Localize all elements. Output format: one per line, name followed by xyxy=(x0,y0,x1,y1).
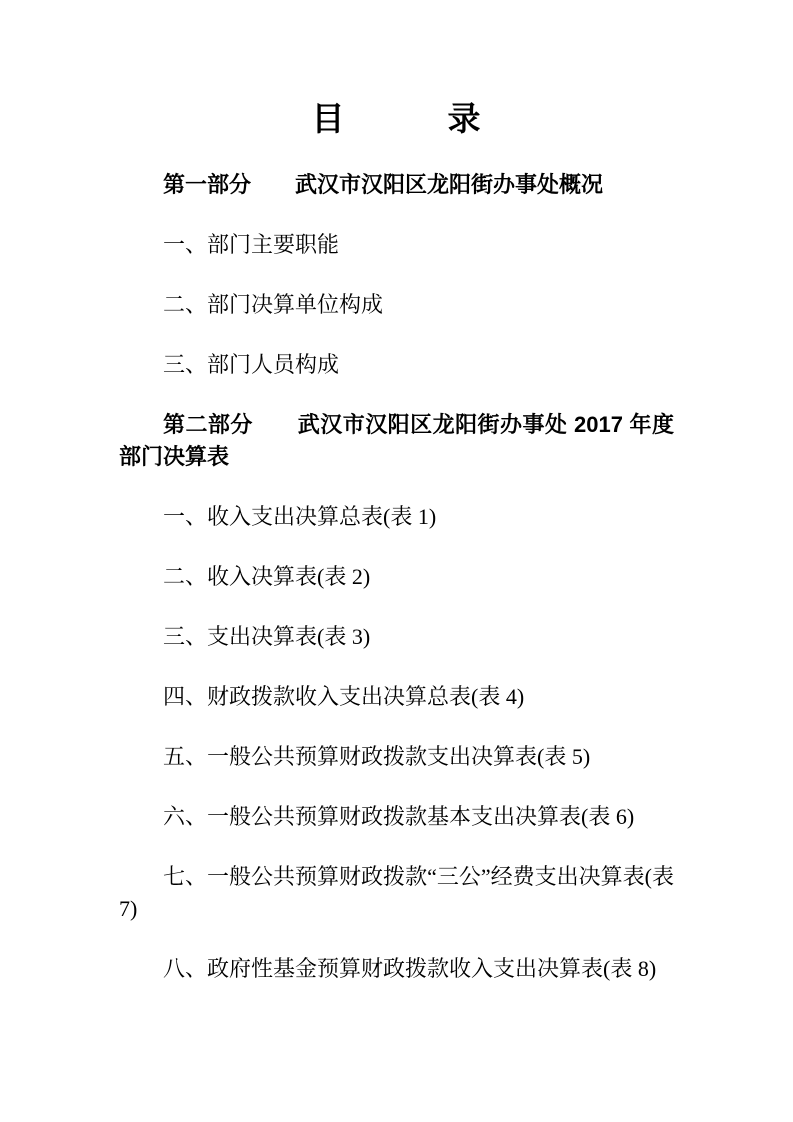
toc-item-part2-1: 一、收入支出决算总表(表 1) xyxy=(119,501,674,533)
toc-item-part2-3: 三、支出决算表(表 3) xyxy=(119,621,674,653)
document-page: 目 录 第一部分 武汉市汉阳区龙阳街办事处概况 一、部门主要职能 二、部门决算单… xyxy=(0,0,793,1122)
toc-item-part1-3: 三、部门人员构成 xyxy=(119,349,674,381)
toc-item-part2-6: 六、一般公共预算财政拨款基本支出决算表(表 6) xyxy=(119,801,674,833)
page-title: 目 录 xyxy=(119,96,674,142)
toc-item-part2-7: 七、一般公共预算财政拨款“三公”经费支出决算表(表 7) xyxy=(119,861,674,925)
toc-item-part1-2: 二、部门决算单位构成 xyxy=(119,289,674,321)
toc-item-part1-1: 一、部门主要职能 xyxy=(119,229,674,261)
part2-heading: 第二部分 武汉市汉阳区龙阳街办事处 2017 年度部门决算表 xyxy=(119,409,674,473)
toc-item-part2-4: 四、财政拨款收入支出决算总表(表 4) xyxy=(119,681,674,713)
toc-item-part2-8: 八、政府性基金预算财政拨款收入支出决算表(表 8) xyxy=(119,953,674,985)
part1-heading: 第一部分 武汉市汉阳区龙阳街办事处概况 xyxy=(119,169,674,201)
toc-item-part2-2: 二、收入决算表(表 2) xyxy=(119,561,674,593)
toc-item-part2-5: 五、一般公共预算财政拨款支出决算表(表 5) xyxy=(119,741,674,773)
